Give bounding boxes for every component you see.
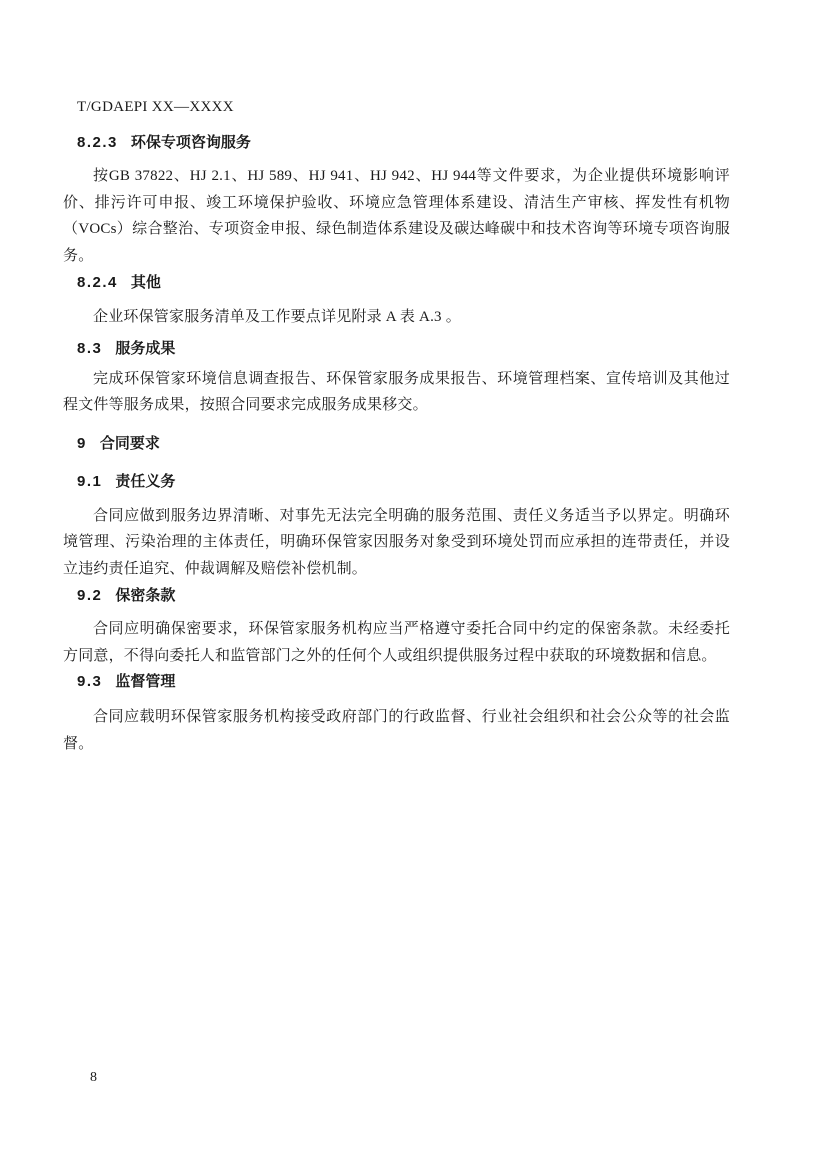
heading-number: 9.1 (77, 471, 102, 493)
heading-number: 8.2.4 (77, 272, 118, 294)
heading-9-1: 9.1责任义务 (77, 471, 730, 493)
paragraph-9-1: 合同应做到服务边界清晰、对事先无法完全明确的服务范围、责任义务适当予以界定。明确… (63, 503, 730, 583)
heading-9-2: 9.2保密条款 (77, 585, 730, 607)
paragraph-8-2-3: 按GB 37822、HJ 2.1、HJ 589、HJ 941、HJ 942、HJ… (63, 163, 730, 269)
heading-number: 8.3 (77, 338, 102, 360)
heading-title: 其他 (131, 274, 161, 291)
heading-title: 保密条款 (115, 587, 175, 604)
heading-number: 9.2 (77, 585, 102, 607)
doc-code-header: T/GDAEPI XX—XXXX (77, 97, 730, 117)
heading-title: 责任义务 (115, 473, 175, 490)
heading-title: 服务成果 (115, 340, 175, 357)
paragraph-8-3: 完成环保管家环境信息调查报告、环保管家服务成果报告、环境管理档案、宣传培训及其他… (63, 366, 730, 419)
paragraph-9-3: 合同应载明环保管家服务机构接受政府部门的行政监督、行业社会组织和社会公众等的社会… (63, 704, 730, 757)
heading-number: 8.2.3 (77, 132, 118, 154)
paragraph-9-2: 合同应明确保密要求，环保管家服务机构应当严格遵守委托合同中约定的保密条款。未经委… (63, 616, 730, 669)
heading-8-2-3: 8.2.3环保专项咨询服务 (77, 132, 730, 154)
paragraph-8-2-4: 企业环保管家服务清单及工作要点详见附录 A 表 A.3 。 (63, 304, 730, 331)
heading-title: 环保专项咨询服务 (131, 134, 251, 151)
document-page: T/GDAEPI XX—XXXX 8.2.3环保专项咨询服务 按GB 37822… (0, 0, 826, 1169)
heading-number: 9.3 (77, 671, 102, 693)
heading-8-2-4: 8.2.4其他 (77, 272, 730, 294)
page-content: T/GDAEPI XX—XXXX 8.2.3环保专项咨询服务 按GB 37822… (0, 0, 826, 757)
heading-title: 监督管理 (115, 673, 175, 690)
heading-title: 合同要求 (100, 435, 160, 452)
heading-9: 9合同要求 (77, 433, 730, 455)
heading-8-3: 8.3服务成果 (77, 338, 730, 360)
heading-9-3: 9.3监督管理 (77, 671, 730, 693)
heading-number: 9 (77, 433, 87, 455)
page-number: 8 (90, 1070, 97, 1086)
